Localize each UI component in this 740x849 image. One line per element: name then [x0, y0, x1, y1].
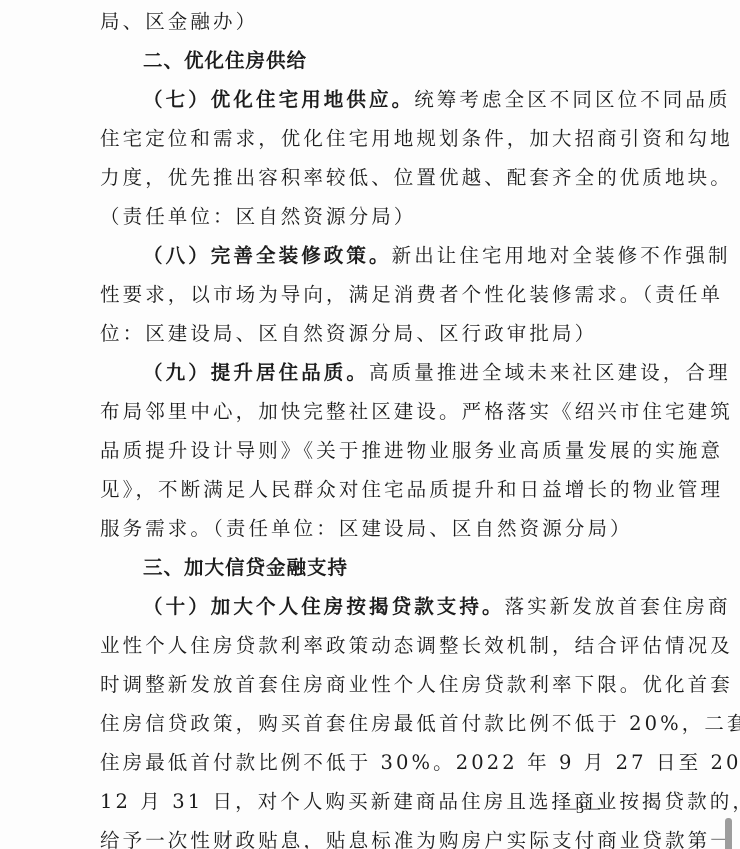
text-line: 业性个人住房贷款利率政策动态调整长效机制，结合评估情况及	[100, 632, 645, 660]
item-9-text: 高质量推进全域未来社区建设，合理	[369, 361, 731, 384]
item-10-first-line: （十）加大个人住房按揭贷款支持。落实新发放首套住房商	[143, 593, 688, 621]
section-heading-2: 二、优化住房供给	[143, 47, 688, 75]
item-7-text: 统筹考虑全区不同区位不同品质	[414, 88, 730, 111]
scrollbar[interactable]	[725, 818, 732, 849]
text-line: 见》，不断满足人民群众对住宅品质提升和日益增长的物业管理	[100, 476, 645, 504]
text-line: 住房信贷政策，购买首套住房最低首付款比例不低于 20%，二套	[100, 710, 645, 738]
item-9-title: （九）提升居住品质。	[143, 361, 369, 384]
text-line: 布局邻里中心，加快完整社区建设。严格落实《绍兴市住宅建筑	[100, 398, 645, 426]
text-line: 服务需求。（责任单位：区建设局、区自然资源分局）	[100, 515, 645, 543]
item-8-first-line: （八）完善全装修政策。新出让住宅用地对全装修不作强制	[143, 242, 688, 270]
section-heading-3: 三、加大信贷金融支持	[143, 554, 688, 582]
page-number: —3—	[560, 800, 600, 818]
text-line: 位：区建设局、区自然资源分局、区行政审批局）	[100, 320, 645, 348]
document-page: 局、区金融办） 二、优化住房供给 （七）优化住宅用地供应。统筹考虑全区不同区位不…	[0, 0, 740, 849]
text-line: 品质提升设计导则》《关于推进物业服务业高质量发展的实施意	[100, 437, 645, 465]
text-line: 给予一次性财政贴息，贴息标准为购房户实际支付商业贷款第一	[100, 827, 645, 849]
item-8-text: 新出让住宅用地对全装修不作强制	[392, 244, 731, 267]
text-line: 住宅定位和需求，优化住宅用地规划条件，加大招商引资和勾地	[100, 125, 645, 153]
responsible-unit-line: （责任单位：区自然资源分局）	[100, 203, 645, 231]
item-10-title: （十）加大个人住房按揭贷款支持。	[143, 595, 505, 618]
text-line: 时调整新发放首套住房商业性个人住房贷款利率下限。优化首套	[100, 671, 645, 699]
text-line: 性要求，以市场为导向，满足消费者个性化装修需求。（责任单	[100, 281, 645, 309]
item-8-title: （八）完善全装修政策。	[143, 244, 392, 267]
text-line: 局、区金融办）	[100, 8, 645, 36]
item-9-first-line: （九）提升居住品质。高质量推进全域未来社区建设，合理	[143, 359, 688, 387]
item-7-title: （七）优化住宅用地供应。	[143, 88, 414, 111]
text-line: 力度，优先推出容积率较低、位置优越、配套齐全的优质地块。	[100, 164, 645, 192]
item-10-text: 落实新发放首套住房商	[505, 595, 731, 618]
item-7-first-line: （七）优化住宅用地供应。统筹考虑全区不同区位不同品质	[143, 86, 688, 114]
text-line: 住房最低首付款比例不低于 30%。2022 年 9 月 27 日至 2025 年	[100, 749, 645, 777]
